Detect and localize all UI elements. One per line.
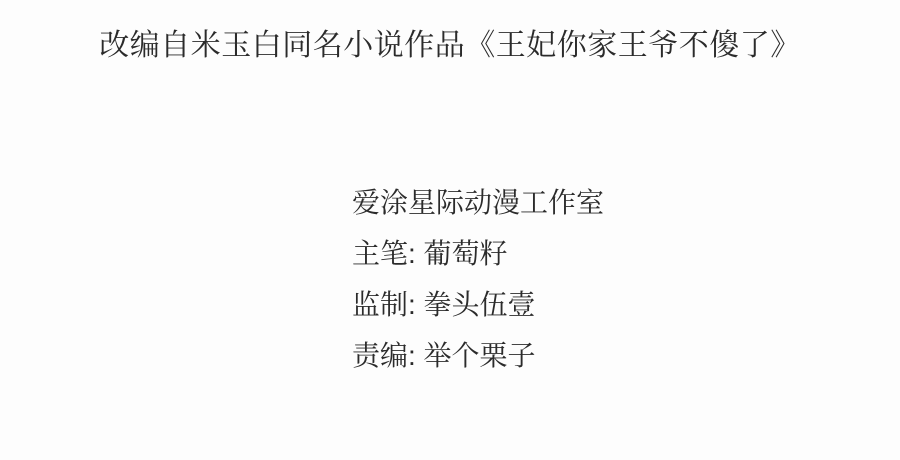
credits-page: 改编自米玉白同名小说作品《王妃你家王爷不傻了》 爱涂星际动漫工作室 主笔: 葡萄… — [0, 0, 900, 460]
credit-line-lead-artist: 主笔: 葡萄籽 — [352, 228, 604, 279]
credit-line-editor: 责编: 举个栗子 — [352, 330, 604, 381]
credits-block: 爱涂星际动漫工作室 主笔: 葡萄籽 监制: 拳头伍壹 责编: 举个栗子 — [352, 177, 604, 381]
studio-name: 爱涂星际动漫工作室 — [352, 177, 604, 228]
adaptation-notice-text: 改编自米玉白同名小说作品《王妃你家王爷不傻了》 — [0, 20, 900, 64]
credit-line-supervisor: 监制: 拳头伍壹 — [352, 279, 604, 330]
